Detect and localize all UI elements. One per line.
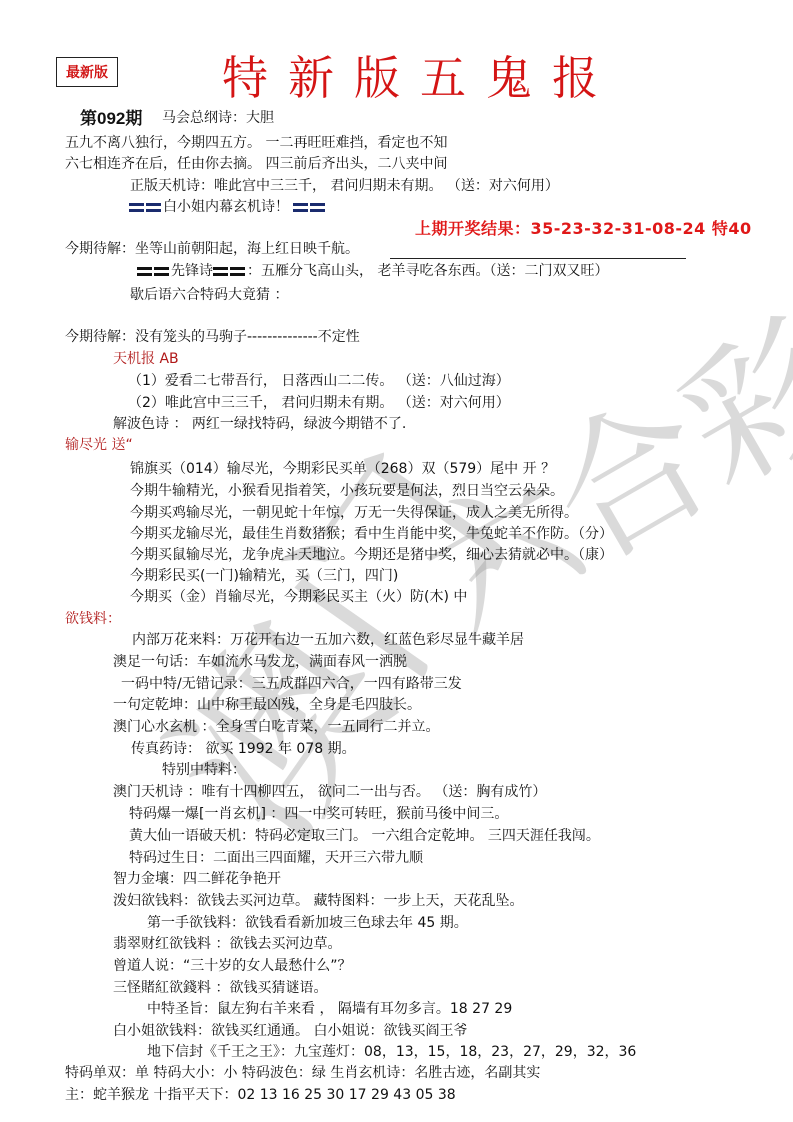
daijie-2: 今期待解：没有笼头的马驹子--------------不定性: [65, 328, 360, 346]
shujinguang-line: 今期买（金）肖输尽光，今期彩民买主（火）防(木) 中: [130, 588, 467, 606]
poem-line-2: 六七相连齐在后，任由你去摘。 四三前后齐出头，二八夹中间: [65, 155, 447, 173]
yuqianliao-line: 内部万花来料：万花开右边一五加六数，红蓝色彩尽显牛藏羊居: [132, 631, 524, 649]
baixiaojie-heading: 白小姐内幕玄机诗！: [129, 198, 327, 216]
shujinguang-line: 今期牛输精光，小猴看见指着笑，小孩玩要是何法，烈日当空云朵朵。: [130, 482, 564, 500]
bar-icon: [137, 267, 152, 276]
last-draw-result: 上期开奖结果：35-23-32-31-08-24 特40: [415, 216, 752, 239]
yuqianliao-line: 特码爆一爆[一肖玄机] ：四一中奖可转旺，猴前马後中间三。: [129, 805, 508, 823]
tianjibao-title: 天机报 AB: [113, 350, 179, 368]
footer-line-2: 主：蛇羊猴龙 十指平天下：02 13 16 25 30 17 29 43 05 …: [65, 1086, 456, 1104]
bar-icon: [129, 203, 144, 212]
baixiaojie-title: 白小姐内幕玄机诗！: [163, 199, 289, 215]
bar-icon: [310, 203, 325, 212]
xiehouyu: 歇后语六合特码大竟猜 ：: [130, 286, 288, 304]
yuqianliao-line: 地下信封《千王之王》：九宝莲灯：08，13，15，18，23，27，29，32，…: [147, 1043, 636, 1061]
yuqianliao-line: 一句定乾坤：山中称王最凶残，全身是毛四肢长。: [113, 696, 421, 714]
yuqianliao-line: 特码过生日：二面出三四面耀，天开三六带九顺: [129, 849, 423, 867]
footer-line-1: 特码单双：单 特码大小：小 特码波色：绿 生肖玄机诗：名胜古迹，名副其实: [65, 1064, 540, 1082]
yuqianliao-line: 翡翠财红欲钱料 ：欲钱去买河边草。: [113, 935, 341, 953]
xianfeng-poem: 先锋诗：五雁分飞高山头， 老羊寻吃各东西。（送：二门双又旺）: [137, 262, 608, 280]
daijie-1: 今期待解：坐等山前朝阳起，海上红日映千航。: [65, 240, 359, 258]
bar-icon: [230, 267, 245, 276]
yuqianliao-line: 曾道人说：“三十岁的女人最愁什么”？: [113, 957, 352, 975]
poem-line-1: 五九不离八独行，今期四五方。 一二再旺旺难挡，看定也不知: [65, 134, 447, 152]
shujinguang-line: 今期买鸡输尽光，一朝见蛇十年惊，万无一失得保证，成人之美无所得。: [130, 504, 578, 522]
divider-line: [390, 258, 686, 259]
yuqianliao-line: 传真药诗： 欲买 1992 年 078 期。: [131, 740, 356, 758]
yuqianliao-line: 澳足一句话：车如流水马发龙，满面春风一洒脱: [113, 653, 407, 671]
zhengban-poem: 正版天机诗：唯此宫中三三千， 君问归期未有期。 （送：对六何用）: [130, 177, 559, 195]
issue-number: 第092期: [80, 104, 142, 129]
jiebose-poem: 解波色诗 ： 两红一绿找特码，绿波今期错不了.: [113, 415, 406, 433]
bar-icon: [154, 267, 169, 276]
yuqianliao-line: 智力金壤：四二鲜花争艳开: [113, 870, 281, 888]
yuqianliao-line: 黄大仙一语破天机：特码必定取三门。 一六组合定乾坤。 三四天涯任我闯。: [129, 827, 600, 845]
shujinguang-line: 锦旗买（014）输尽光，今期彩民买单（268）双（579）尾中 开 ？: [130, 460, 555, 478]
shujinguang-line: 今期买龙输尽光，最佳生肖数猪猴；看中生肖能中奖，牛兔蛇羊不作防。（分）: [130, 525, 613, 543]
yuqianliao-line: 泼妇欲钱料：欲钱去买河边草。 藏特图料：一步上天，天花乱坠。: [113, 892, 523, 910]
master-poem-title: 马会总纲诗：大胆: [162, 109, 274, 127]
yuqianliao-line: 中特圣旨：鼠左狗右羊来看 ， 隔墙有耳勿多言。18 27 29: [147, 1000, 512, 1018]
shujinguang-line: 今期买鼠输尽光，龙争虎斗天地泣。今期还是猪中奖，细心去猜就必中。（康）: [130, 546, 613, 564]
shujinguang-line: 今期彩民买(一门)输精光，买（三门，四门): [130, 567, 398, 585]
yuqianliao-line: 澳门天机诗 ：唯有十四柳四五， 欲问二一出与否。 （送：胸有成竹）: [113, 783, 546, 801]
bar-icon: [293, 203, 308, 212]
latest-edition-badge: 最新版: [56, 57, 118, 87]
yuqianliao-line: 特别中特料：: [162, 761, 246, 779]
page-title: 特新版五鬼报: [222, 52, 618, 104]
bar-icon: [213, 267, 228, 276]
xianfeng-label: 先锋诗: [171, 263, 213, 279]
yuqianliao-line: 白小姐欲钱料：欲钱买红通通。 白小姐说：欲钱买阎王爷: [113, 1022, 467, 1040]
tianjibao-line-1: （1）爱看二七带吾行， 日落西山二二传。 （送：八仙过海）: [128, 372, 510, 390]
shujinguang-title: 输尽光 送“: [65, 436, 133, 454]
yuqianliao-title: 欲钱料：: [65, 610, 121, 628]
tianjibao-line-2: （2）唯此宫中三三千， 君问归期未有期。 （送：对六何用）: [128, 394, 510, 412]
yuqianliao-line: 一码中特/无错记录：三五成群四六合，一四有路带三发: [121, 675, 462, 693]
yuqianliao-line: 第一手欲钱料：欲钱看看新加坡三色球去年 45 期。: [147, 914, 468, 932]
yuqianliao-line: 澳门心水玄机 ：全身雪白吃青菜，一五同行二并立。: [113, 718, 439, 736]
yuqianliao-line: 三怪賭紅欲錢料 ：欲钱买猜谜语。: [113, 979, 327, 997]
xianfeng-text: ：五雁分飞高山头， 老羊寻吃各东西。（送：二门双又旺）: [247, 263, 608, 279]
bar-icon: [146, 203, 161, 212]
